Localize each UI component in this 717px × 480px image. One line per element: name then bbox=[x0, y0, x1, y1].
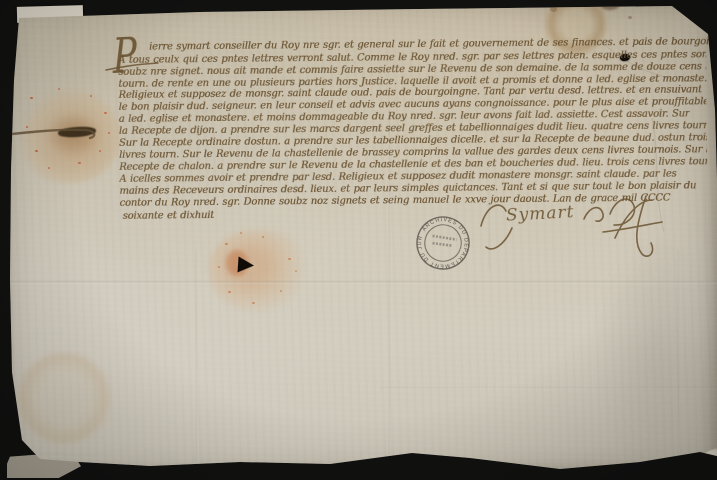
parchment-sheet: P ierre symart conseiller du Roy nre sgr… bbox=[0, 0, 717, 480]
signature-symart: Symart bbox=[506, 202, 575, 226]
manuscript-text-block: ierre symart conseiller du Roy nre sgr. … bbox=[0, 0, 717, 480]
stain-speck bbox=[437, 3, 443, 8]
black-triangle-marker-icon bbox=[237, 256, 254, 273]
photo-of-charter: P ierre symart conseiller du Roy nre sgr… bbox=[0, 0, 717, 480]
stamp-center-marks bbox=[431, 233, 457, 249]
archive-stamp: ARCHIVES DU DÉPARTEMENT DU JURA ✳ bbox=[403, 203, 483, 283]
manuscript-line: soixante et dixhuit bbox=[123, 210, 214, 223]
